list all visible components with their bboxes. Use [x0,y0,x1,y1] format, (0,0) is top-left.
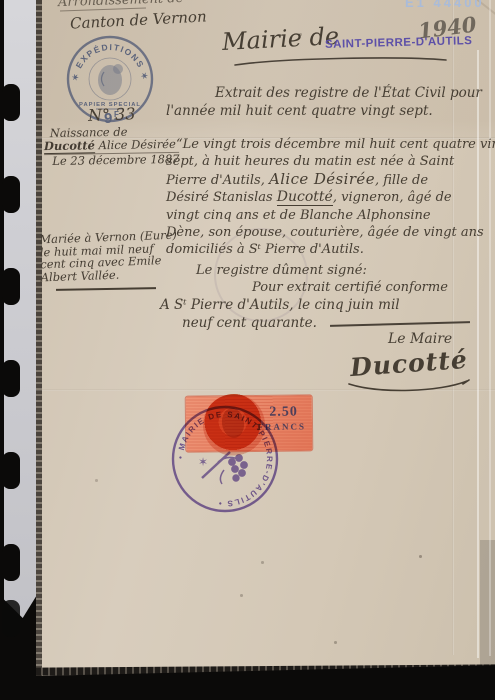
binder-hole [2,360,20,397]
seal-grape-emblem: ✶ [198,452,247,484]
act-line: Désiré Stanislas Ducotté, vigneron, âgé … [166,189,495,206]
signer-title: Le Maire [388,331,452,347]
act-line: sept, à huit heures du matin est née à S… [166,153,495,170]
act-line: domiciliés à Sᵗ Pierre d'Autils. [166,241,495,258]
mairie-round-seal: • MAIRIE DE SAINT-PIERRE-D'AUTILS • ✶ [166,400,286,520]
act-text-block: “Le vingt trois décembre mil huit cent q… [166,136,495,259]
commune-name-stamp: SAINT-PIERRE-D'AUTILS [325,35,473,51]
binder-hole [2,544,20,581]
closing-line: Pour extrait certifié conforme [252,280,448,295]
marriage-note-underline [56,287,156,290]
closing-line: Le registre dûment signé: [196,263,367,278]
birth-surname: Ducotté [44,138,95,154]
marriage-margin-note: Mariée à Vernon (Eure) le huit mai mil n… [39,229,178,284]
mairie-handwritten-title: Mairie de [221,22,339,56]
father-surname: Ducotté [277,189,333,206]
closing-rule [330,321,470,326]
paper-specks [36,0,37,1]
title-underline-flourish [233,55,449,69]
extract-intro-line: l'année mil huit cent quatre vingt sept. [166,103,433,119]
act-number: N° 33 [88,104,136,125]
mayor-signature: Ducotté [349,345,469,382]
birth-margin-note: Naissance de Ducotté Alice Désirée Le 23… [44,125,180,168]
stitched-seam-left [36,0,42,676]
binder-hole [2,600,20,637]
binder-hole [2,176,20,213]
signature-flourish [345,378,475,394]
archive-serial-number: E1 44400 [405,0,485,10]
sleeve-highlight [489,0,491,656]
act-line: “Le vingt trois décembre mil huit cent q… [166,136,495,153]
act-line: vingt cinq ans et de Blanche Alphonsine [166,207,495,224]
act-line: Dène, son épouse, couturière, âgée de vi… [166,224,495,241]
document-page: Arrondissement de Canton de Vernon E1 44… [36,0,495,676]
act-line: Pierre d'Autils, Alice Désirée, fille de [166,171,495,189]
sleeve-shadow [480,540,495,676]
binder-hole [2,84,20,121]
seal-ring-text: • MAIRIE DE SAINT-PIERRE-D'AUTILS • [176,410,274,508]
closing-line: A Sᵗ Pierre d'Autils, le cinq juin mil [160,297,400,313]
extract-intro-line: Extrait des registre de l'État Civil pou… [215,85,482,101]
closing-line: neuf cent quarante. [182,315,317,331]
canton-note: Canton de Vernon [70,7,207,32]
birth-date: Le 23 décembre 1887 [44,152,180,168]
marriage-line: Albert Vallée. [40,266,178,283]
svg-text:✶: ✶ [198,455,208,469]
child-name: Alice Désirée [269,170,375,188]
stitched-seam-bottom [36,664,495,675]
birth-firstnames: Alice Désirée [95,137,176,152]
binder-hole [2,452,20,489]
binder-hole [2,268,20,305]
